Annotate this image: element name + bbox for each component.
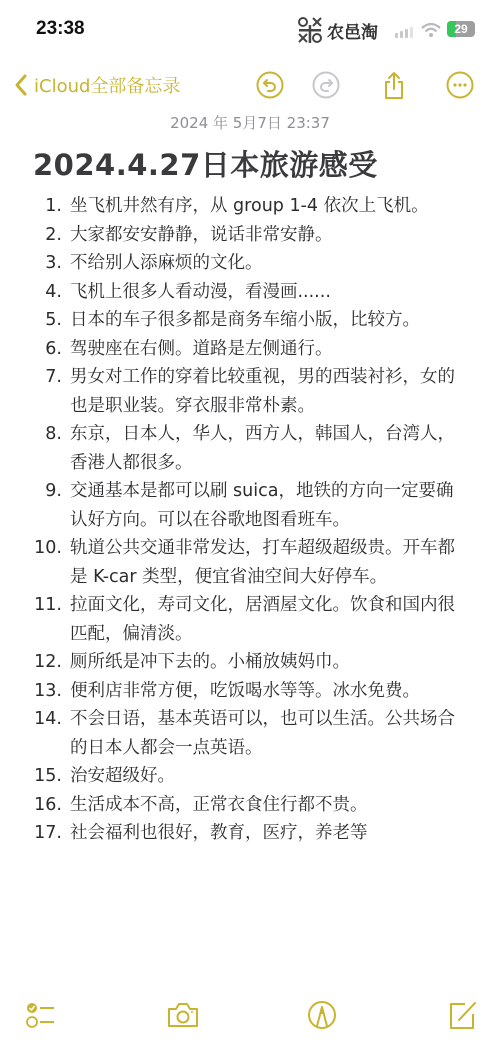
list-text: 治安超级好。 [70,762,460,791]
list-item: 15.治安超级好。 [0,762,500,791]
list-text: 不给别人添麻烦的文化。 [70,249,460,278]
battery-percent: 29 [447,21,475,37]
navigation-bar: iCloud全部备忘录 [0,62,500,106]
list-item: 14.不会日语，基本英语可以，也可以生活。公共场合的日本人都会一点英语。 [0,705,500,762]
markup-pen-icon[interactable] [305,998,339,1032]
list-text: 轨道公共交通非常发达，打车超级超级贵。开车都是 K-car 类型，便宜省油空间大… [70,534,460,591]
watermark: 农邑淘 [297,16,378,44]
list-item: 10.轨道公共交通非常发达，打车超级超级贵。开车都是 K-car 类型，便宜省油… [0,534,500,591]
compose-icon[interactable] [445,998,479,1032]
list-item: 9.交通基本是都可以刷 suica，地铁的方向一定要确认好方向。可以在谷歌地图看… [0,477,500,534]
checklist-icon[interactable] [24,998,58,1032]
status-bar: 23:38 农邑淘 29 [0,0,500,58]
list-item: 8.东京，日本人，华人，西方人，韩国人，台湾人，香港人都很多。 [0,420,500,477]
list-text: 便利店非常方便，吃饭喝水等等。冰水免费。 [70,677,460,706]
list-number: 6. [0,335,70,364]
bottom-toolbar [0,990,500,1040]
cellular-signal-icon [395,27,413,38]
list-text: 东京，日本人，华人，西方人，韩国人，台湾人，香港人都很多。 [70,420,460,477]
list-number: 14. [0,705,70,762]
status-time: 23:38 [36,18,85,40]
list-item: 11.拉面文化，寿司文化，居酒屋文化。饮食和国内很匹配，偏清淡。 [0,591,500,648]
list-text: 男女对工作的穿着比较重视，男的西装衬衫，女的也是职业装。穿衣服非常朴素。 [70,363,460,420]
list-text: 生活成本不高，正常衣食住行都不贵。 [70,791,460,820]
note-body[interactable]: 2024.4.27日本旅游感受 1.坐飞机井然有序，从 group 1-4 依次… [0,140,500,985]
list-text: 飞机上很多人看动漫，看漫画...... [70,278,460,307]
list-text: 驾驶座在右侧。道路是左侧通行。 [70,335,460,364]
note-title: 2024.4.27日本旅游感受 [33,143,378,184]
list-item: 12.厕所纸是冲下去的。小桶放姨妈巾。 [0,648,500,677]
list-number: 2. [0,221,70,250]
list-text: 坐飞机井然有序，从 group 1-4 依次上飞机。 [70,192,460,221]
numbered-list: 1.坐飞机井然有序，从 group 1-4 依次上飞机。 2.大家都安安静静，说… [0,192,500,848]
list-item: 7.男女对工作的穿着比较重视，男的西装衬衫，女的也是职业装。穿衣服非常朴素。 [0,363,500,420]
list-number: 17. [0,819,70,848]
list-number: 12. [0,648,70,677]
back-label: iCloud全部备忘录 [34,72,180,98]
list-item: 4.飞机上很多人看动漫，看漫画...... [0,278,500,307]
list-text: 交通基本是都可以刷 suica，地铁的方向一定要确认好方向。可以在谷歌地图看班车… [70,477,460,534]
list-text: 不会日语，基本英语可以，也可以生活。公共场合的日本人都会一点英语。 [70,705,460,762]
list-text: 拉面文化，寿司文化，居酒屋文化。饮食和国内很匹配，偏清淡。 [70,591,460,648]
watermark-text: 农邑淘 [327,18,378,43]
list-number: 8. [0,420,70,477]
list-text: 社会福利也很好，教育，医疗，养老等 [70,819,460,848]
list-item: 1.坐飞机井然有序，从 group 1-4 依次上飞机。 [0,192,500,221]
list-item: 6.驾驶座在右侧。道路是左侧通行。 [0,335,500,364]
list-number: 9. [0,477,70,534]
list-number: 13. [0,677,70,706]
wifi-icon [421,22,441,38]
more-icon[interactable] [445,70,475,100]
note-date: 2024 年 5月7日 23:37 [0,112,500,133]
list-number: 15. [0,762,70,791]
list-text: 日本的车子很多都是商务车缩小版，比较方。 [70,306,460,335]
list-item: 2.大家都安安静静，说话非常安静。 [0,221,500,250]
list-item: 5.日本的车子很多都是商务车缩小版，比较方。 [0,306,500,335]
list-item: 17.社会福利也很好，教育，医疗，养老等 [0,819,500,848]
list-number: 1. [0,192,70,221]
undo-icon[interactable] [255,70,285,100]
list-number: 5. [0,306,70,335]
list-item: 3.不给别人添麻烦的文化。 [0,249,500,278]
list-item: 16.生活成本不高，正常衣食住行都不贵。 [0,791,500,820]
watermark-logo-icon [297,16,323,44]
list-text: 大家都安安静静，说话非常安静。 [70,221,460,250]
list-number: 7. [0,363,70,420]
list-item: 13.便利店非常方便，吃饭喝水等等。冰水免费。 [0,677,500,706]
back-button[interactable]: iCloud全部备忘录 [14,72,180,98]
list-text: 厕所纸是冲下去的。小桶放姨妈巾。 [70,648,460,677]
list-number: 10. [0,534,70,591]
list-number: 16. [0,791,70,820]
camera-icon[interactable] [166,998,200,1032]
share-icon[interactable] [379,70,409,100]
battery-indicator: 29 [447,21,475,37]
list-number: 4. [0,278,70,307]
list-number: 11. [0,591,70,648]
back-chevron-icon [14,73,28,97]
redo-icon[interactable] [311,70,341,100]
list-number: 3. [0,249,70,278]
